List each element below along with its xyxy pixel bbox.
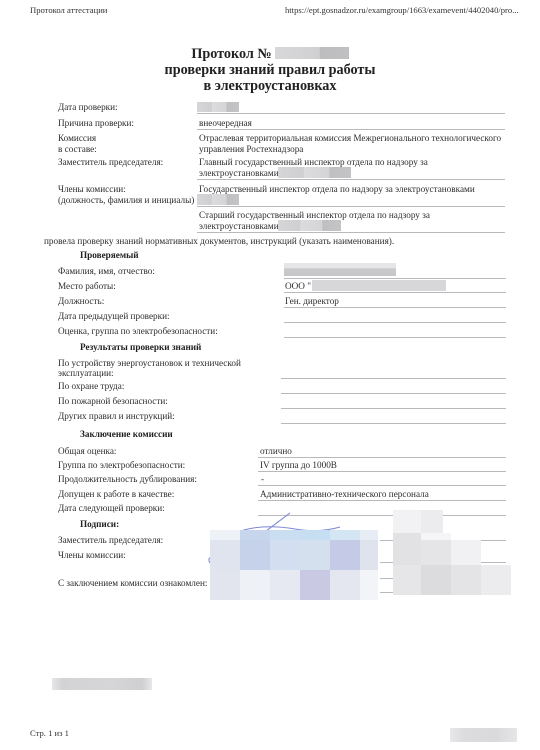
sig-deputy-label: Заместитель председателя: — [58, 535, 163, 545]
check-date-redacted — [197, 102, 239, 112]
workplace-line — [284, 292, 506, 293]
admitted-label: Допущен к работе в качестве: — [58, 489, 174, 499]
duplication-label: Продолжительность дублирования: — [58, 474, 197, 484]
position-label: Должность: — [58, 296, 104, 306]
check-reason-value: внеочередная — [199, 118, 252, 128]
position-line — [284, 307, 506, 308]
deputy-chair-label: Заместитель председателя: — [58, 157, 163, 167]
signature-redaction-block — [210, 530, 378, 600]
full-name-line — [284, 278, 506, 279]
page-header-title: Протокол аттестации — [30, 5, 107, 15]
deputy-chair-line — [197, 179, 505, 180]
check-reason-label: Причина проверки: — [58, 118, 134, 128]
prev-check-line — [284, 322, 506, 323]
signatures-section-title: Подписи: — [80, 519, 119, 529]
member2-line — [197, 232, 505, 233]
group-label: Группа по электробезопасности: — [58, 460, 185, 470]
workplace-value: ООО " — [285, 281, 311, 291]
other-label: Других правил и инструкций: — [58, 411, 175, 421]
document-title-line1: Протокол № — [0, 46, 540, 62]
check-date-line — [197, 113, 505, 114]
overall-label: Общая оценка: — [58, 446, 116, 456]
workplace-label: Место работы: — [58, 281, 116, 291]
stamp-redaction-block — [393, 510, 511, 595]
install-label-1: По устройству энергоустановок и техничес… — [58, 358, 241, 368]
check-reason-line — [197, 129, 505, 130]
workplace-name-redacted — [312, 280, 446, 291]
footer-timestamp-redacted — [450, 728, 517, 742]
overall-value: отлично — [260, 446, 292, 456]
admitted-value: Административно-технического персонала — [260, 489, 429, 499]
deputy-chair-value-1: Главный государственный инспектор отдела… — [199, 157, 428, 167]
member2-value-2: электроустановками — [199, 221, 279, 231]
duplication-line — [258, 485, 506, 486]
duplication-value: - — [261, 474, 264, 484]
commission-label-2: в составе: — [58, 144, 97, 154]
sig-members-label: Члены комиссии: — [58, 550, 126, 560]
group-value: IV группа до 1000В — [260, 460, 337, 470]
commission-value-1: Отраслевая территориальная комиссия Межр… — [199, 133, 501, 143]
full-name-label: Фамилия, имя, отчество: — [58, 266, 155, 276]
results-section-title: Результаты проверки знаний — [80, 342, 201, 352]
admitted-line — [258, 500, 506, 501]
other-line — [281, 423, 506, 424]
members-label-1: Члены комиссии: — [58, 184, 126, 194]
page-number: Стр. 1 из 1 — [30, 728, 69, 738]
page-header-url: https://ept.gosnadzor.ru/examgroup/1663/… — [285, 5, 519, 15]
commission-label-1: Комиссия — [58, 133, 96, 143]
prev-check-label: Дата предыдущей проверки: — [58, 311, 170, 321]
member2-value-1: Старший государственный инспектор отдела… — [199, 210, 430, 220]
members-label-2: (должность, фамилия и инициалы) — [58, 195, 194, 205]
check-date-label: Дата проверки: — [58, 102, 118, 112]
prev-grade-line — [284, 337, 506, 338]
deputy-chair-name-redacted — [278, 167, 351, 178]
examinee-section-title: Проверяемый — [80, 250, 139, 260]
deputy-chair-value-2: электроустановками — [199, 168, 279, 178]
sig-acknowledged-label: С заключением комиссии ознакомлен: — [58, 578, 207, 588]
position-value: Ген. директор — [285, 296, 339, 306]
fire-label: По пожарной безопасности: — [58, 396, 168, 406]
prev-grade-label: Оценка, группа по электробезопасности: — [58, 326, 218, 336]
bottom-note-redacted — [52, 678, 152, 690]
document-title-line2: проверки знаний правил работы — [0, 62, 540, 78]
labor-line — [281, 393, 506, 394]
overall-line — [258, 457, 506, 458]
group-line — [258, 471, 506, 472]
conducted-text: провела проверку знаний нормативных доку… — [44, 236, 394, 246]
install-line — [281, 378, 506, 379]
member1-line — [197, 206, 505, 207]
member1-value: Государственный инспектор отдела по надз… — [199, 184, 475, 194]
member2-name-redacted — [278, 220, 341, 231]
labor-label: По охране труда: — [58, 381, 124, 391]
protocol-number-redacted — [275, 47, 349, 59]
document-title-line3: в электроустановках — [0, 78, 540, 94]
full-name-redacted — [284, 263, 396, 276]
next-check-label: Дата следующей проверки: — [58, 503, 165, 513]
commission-value-2: управления Ростехнадзора — [199, 144, 303, 154]
conclusion-section-title: Заключение комиссии — [80, 429, 173, 439]
install-label-2: эксплуатации: — [58, 368, 114, 378]
member1-name-redacted — [197, 194, 239, 205]
fire-line — [281, 408, 506, 409]
